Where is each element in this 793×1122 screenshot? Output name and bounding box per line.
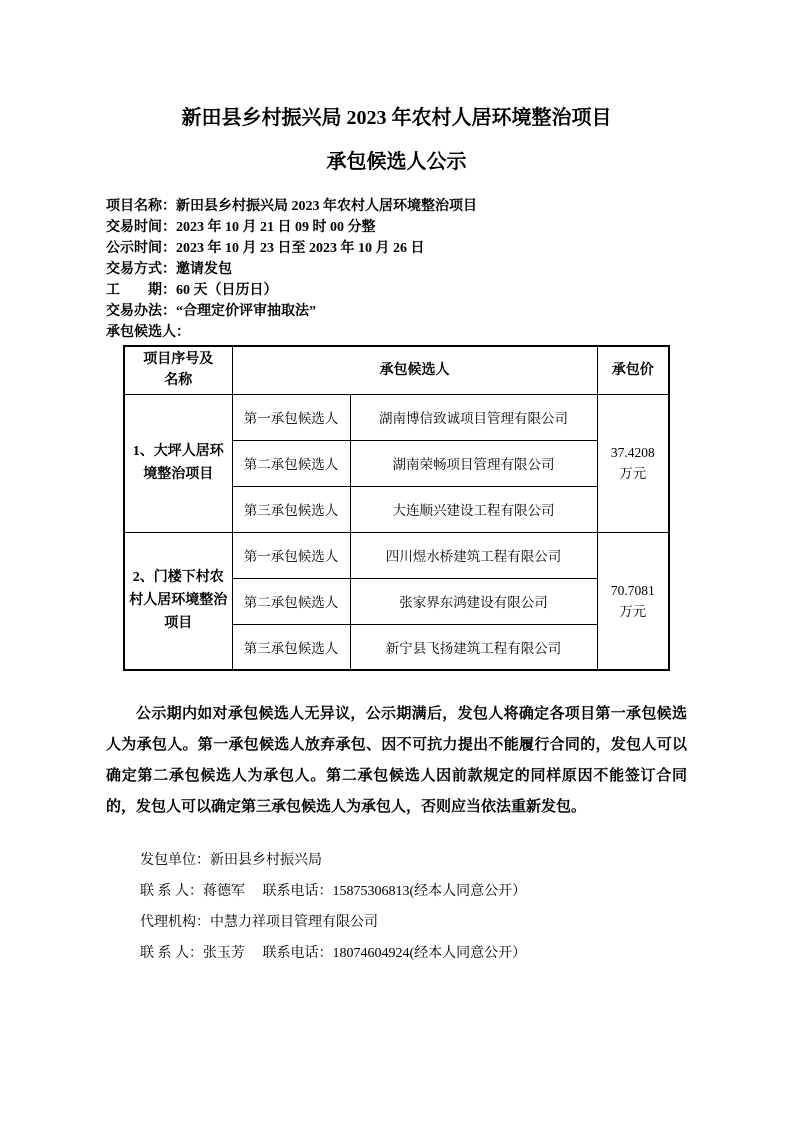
rank-cell: 第二承包候选人 (232, 440, 350, 486)
info-value: 2023 年 10 月 21 日 09 时 00 分整 (176, 220, 376, 235)
header-price-column: 承包价 (597, 346, 669, 394)
info-value: 邀请发包 (176, 262, 232, 277)
info-label: 交易办法： (106, 304, 176, 319)
footer-value: 中慧力祥项目管理有限公司 (210, 915, 378, 930)
info-label: 交易方式： (106, 262, 176, 277)
company-cell: 新宁县飞扬建筑工程有限公司 (350, 624, 597, 670)
footer-label: 发包单位： (140, 853, 210, 868)
info-label: 工 期： (106, 283, 176, 298)
table-row: 1、大坪人居环境整治项目 第一承包候选人 湖南博信致诚项目管理有限公司 37.4… (124, 394, 669, 440)
company-cell: 湖南荣畅项目管理有限公司 (350, 440, 597, 486)
page-title: 新田县乡村振兴局 2023 年农村人居环境整治项目 承包候选人公示 (106, 96, 687, 184)
title-line-1: 新田县乡村振兴局 2023 年农村人居环境整治项目 (106, 96, 687, 140)
info-value: 2023 年 10 月 23 日至 2023 年 10 月 26 日 (176, 241, 425, 256)
info-value: “合理定价评审抽取法” (176, 304, 316, 319)
info-line-candidates-caption: 承包候选人： (106, 322, 687, 343)
company-cell: 湖南博信致诚项目管理有限公司 (350, 394, 597, 440)
info-value: 60 天（日历日） (176, 283, 278, 298)
info-value: 新田县乡村振兴局 2023 年农村人居环境整治项目 (176, 199, 477, 214)
project-2-price-cell: 70.7081 万元 (597, 532, 669, 670)
info-line-trade-time: 交易时间：2023 年 10 月 21 日 09 时 00 分整 (106, 217, 687, 238)
header-project-column: 项目序号及 名称 (124, 346, 232, 394)
candidates-table: 项目序号及 名称 承包候选人 承包价 1、大坪人居环境整治项目 第一承包候选人 … (123, 345, 670, 671)
notice-paragraph: 公示期内如对承包候选人无异议，公示期满后，发包人将确定各项目第一承包候选人为承包… (106, 699, 687, 823)
footer-value: 张玉芳 联系电话：18074604924(经本人同意公开） (203, 946, 526, 961)
project-1-name-cell: 1、大坪人居环境整治项目 (124, 394, 232, 532)
footer-value: 新田县乡村振兴局 (210, 853, 322, 868)
info-line-trade-method: 交易方式：邀请发包 (106, 259, 687, 280)
rank-cell: 第二承包候选人 (232, 578, 350, 624)
info-line-trade-procedure: 交易办法：“合理定价评审抽取法” (106, 301, 687, 322)
footer-line-agency-contact: 联 系 人：张玉芳 联系电话：18074604924(经本人同意公开） (140, 938, 687, 969)
info-line-duration: 工 期：60 天（日历日） (106, 280, 687, 301)
footer-value: 蒋德军 联系电话：15875306813(经本人同意公开） (203, 884, 526, 899)
company-cell: 大连顺兴建设工程有限公司 (350, 486, 597, 532)
rank-cell: 第三承包候选人 (232, 624, 350, 670)
company-cell: 张家界东鸿建设有限公司 (350, 578, 597, 624)
title-line-2: 承包候选人公示 (106, 140, 687, 184)
table-row: 2、门楼下村农村人居环境整治项目 第一承包候选人 四川煜水桥建筑工程有限公司 7… (124, 532, 669, 578)
price-unit: 万元 (602, 463, 665, 484)
header-candidates-column: 承包候选人 (232, 346, 597, 394)
table-header-row: 项目序号及 名称 承包候选人 承包价 (124, 346, 669, 394)
info-label: 承包候选人： (106, 325, 190, 340)
rank-cell: 第三承包候选人 (232, 486, 350, 532)
price-value: 37.4208 (602, 442, 665, 463)
info-label: 项目名称： (106, 199, 176, 214)
contact-section: 发包单位：新田县乡村振兴局 联 系 人：蒋德军 联系电话：15875306813… (106, 845, 687, 969)
rank-cell: 第一承包候选人 (232, 394, 350, 440)
footer-label: 代理机构： (140, 915, 210, 930)
price-unit: 万元 (602, 601, 665, 622)
project-2-name-cell: 2、门楼下村农村人居环境整治项目 (124, 532, 232, 670)
price-value: 70.7081 (602, 580, 665, 601)
info-line-project-name: 项目名称：新田县乡村振兴局 2023 年农村人居环境整治项目 (106, 196, 687, 217)
footer-line-employer: 发包单位：新田县乡村振兴局 (140, 845, 687, 876)
info-line-publicity-time: 公示时间：2023 年 10 月 23 日至 2023 年 10 月 26 日 (106, 238, 687, 259)
footer-label: 联 系 人： (140, 884, 203, 899)
footer-line-agency: 代理机构：中慧力祥项目管理有限公司 (140, 907, 687, 938)
footer-line-employer-contact: 联 系 人：蒋德军 联系电话：15875306813(经本人同意公开） (140, 876, 687, 907)
footer-label: 联 系 人： (140, 946, 203, 961)
rank-cell: 第一承包候选人 (232, 532, 350, 578)
project-info-section: 项目名称：新田县乡村振兴局 2023 年农村人居环境整治项目 交易时间：2023… (106, 196, 687, 343)
document-page: 新田县乡村振兴局 2023 年农村人居环境整治项目 承包候选人公示 项目名称：新… (0, 0, 793, 1122)
company-cell: 四川煜水桥建筑工程有限公司 (350, 532, 597, 578)
project-1-price-cell: 37.4208 万元 (597, 394, 669, 532)
info-label: 公示时间： (106, 241, 176, 256)
info-label: 交易时间： (106, 220, 176, 235)
